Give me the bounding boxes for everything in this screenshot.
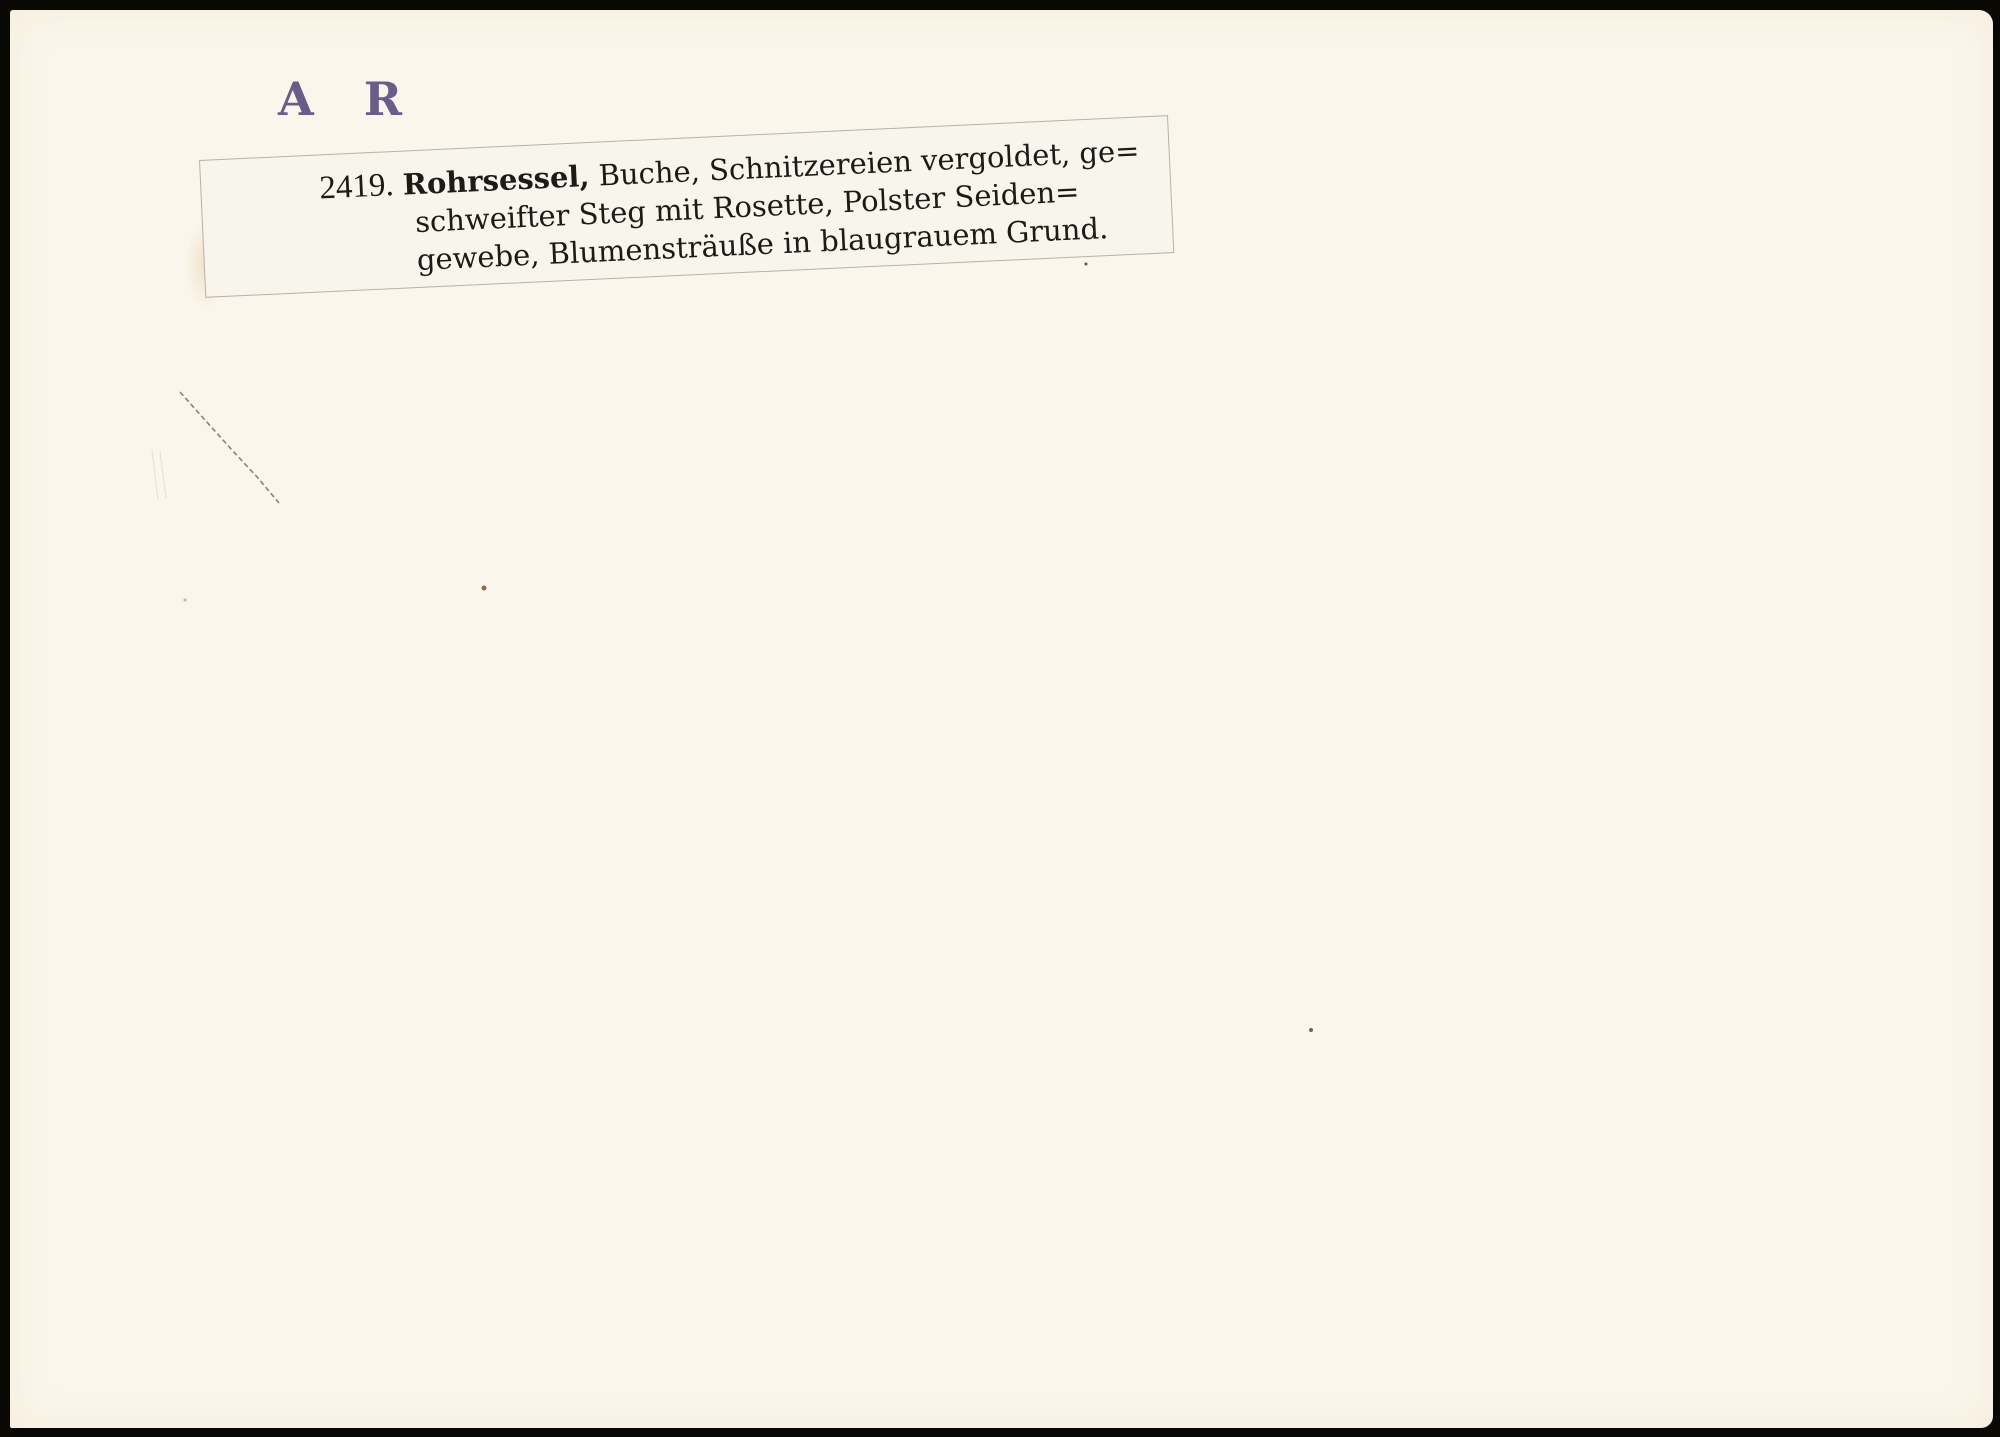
ink-stamp: A R [278, 72, 412, 126]
catalog-number: 2419. [319, 167, 395, 206]
caption-label: 2419. Rohrsessel, Buche, Schnitzereien v… [199, 115, 1174, 298]
item-title: Rohrsessel, [402, 159, 590, 202]
photo-card-back: A R 2419. Rohrsessel, Buche, Schnitzerei… [10, 10, 1993, 1428]
